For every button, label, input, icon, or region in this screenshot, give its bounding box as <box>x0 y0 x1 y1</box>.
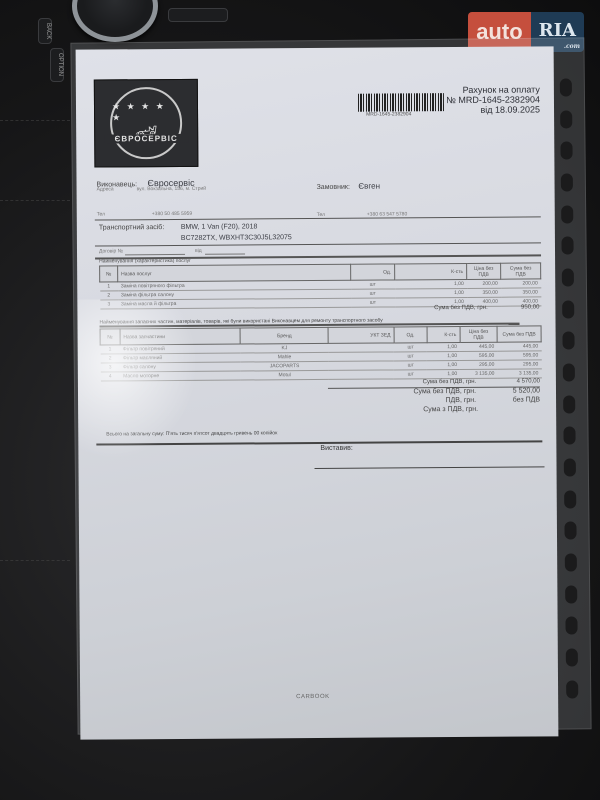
part-unit: шт <box>394 370 427 379</box>
address-label: Адреса <box>97 186 114 192</box>
col-code: УКТ ЗЕД <box>328 327 394 343</box>
part-unit: шт <box>394 361 427 370</box>
col-qty: К-сть <box>427 327 460 343</box>
service-sum: 350,00 <box>501 288 541 297</box>
part-name: Масло моторне <box>120 371 241 381</box>
back-button: BACK <box>38 18 52 44</box>
part-sum: 595,00 <box>497 351 541 360</box>
part-qty: 1,00 <box>427 343 460 352</box>
service-price: 350,00 <box>467 288 501 297</box>
services-total-label: Сума без ПДВ, грн. <box>434 305 488 311</box>
part-sum: 3 135,00 <box>497 369 541 378</box>
invoice-header: Рахунок на оплату № MRD-1645-2382904 від… <box>446 84 540 115</box>
col-brand: Бренд <box>240 327 328 344</box>
part-price: 3 135,00 <box>460 369 497 378</box>
col-part-name: Назва запчастини <box>120 328 241 345</box>
parts-total-value: 4 570,00 <box>478 378 540 384</box>
col-sum: Сума без ПДВ <box>501 263 541 279</box>
part-n: 4 <box>100 372 120 381</box>
services-section-title: Найменування (характеристика) послуг <box>99 258 191 265</box>
part-qty: 1,00 <box>427 352 460 361</box>
customer-name: Євген <box>358 182 380 191</box>
part-code <box>328 361 394 370</box>
part-n: 3 <box>100 363 120 372</box>
logo-name: ЄВРОСЕРВІС <box>104 134 188 144</box>
part-n: 1 <box>100 345 120 354</box>
customer-label: Замовник: <box>317 184 350 191</box>
service-n: 3 <box>100 300 118 309</box>
invoice-number: № MRD-1645-2382904 <box>446 94 540 105</box>
part-qty: 1,00 <box>427 370 460 379</box>
services-table: № Назва послуг Од. К-сть Ціна без ПДВ Су… <box>99 262 541 309</box>
invoice-totals: Сума без ПДВ, грн. 4 570,00 Сума без ПДВ… <box>328 378 540 415</box>
part-code <box>328 370 394 379</box>
service-name: Заміна масла й фільтра <box>118 298 351 309</box>
issued-by-label: Виставив: <box>320 445 352 452</box>
vat-value: без ПДВ <box>478 396 540 403</box>
service-unit: шт <box>351 289 395 298</box>
barcode-number: MRD-1645-2382904 <box>366 111 411 117</box>
part-brand: Motul <box>241 370 329 380</box>
part-price: 295,00 <box>460 360 497 369</box>
footer-print: CARBOOK <box>296 694 330 700</box>
service-qty: 1,00 <box>395 279 467 289</box>
parts-table: № Назва запчастини Бренд УКТ ЗЕД Од. К-с… <box>100 325 542 381</box>
service-unit: шт <box>351 280 395 289</box>
company-logo: ★ ★ ★ ★ ★ 🏎 ЄВРОСЕРВІС <box>94 79 199 168</box>
col-n: № <box>100 266 118 282</box>
col-service-name: Назва послуг <box>118 264 351 282</box>
vehicle-model: BMW, 1 Van (F20), 2018 <box>181 223 258 231</box>
part-code <box>328 343 394 352</box>
part-code <box>328 352 394 361</box>
punch-holes <box>560 78 580 698</box>
part-sum: 295,00 <box>497 360 541 369</box>
services-total: Сума без ПДВ, грн. 950,00 <box>377 304 539 314</box>
barcode <box>358 93 444 112</box>
services-total-value: 950,00 <box>489 304 539 310</box>
service-sum: 200,00 <box>501 279 541 288</box>
service-qty: 1,00 <box>395 288 467 298</box>
invoice-document: ★ ★ ★ ★ ★ 🏎 ЄВРОСЕРВІС MRD-1645-2382904 … <box>76 46 559 739</box>
parts-total-label: Сума без ПДВ, грн. <box>423 379 477 385</box>
part-n: 2 <box>100 354 120 363</box>
part-price: 595,00 <box>460 351 497 360</box>
contractor-phone: +380 50 485 5959 <box>152 211 193 217</box>
stars-icon: ★ ★ ★ ★ ★ <box>112 101 180 123</box>
part-sum: 445,00 <box>497 342 541 351</box>
part-unit: шт <box>394 352 427 361</box>
invoice-date: від 18.09.2025 <box>446 104 540 115</box>
col-unit: Од. <box>351 264 395 280</box>
col-qty: К-сть <box>395 263 467 280</box>
service-n: 1 <box>100 282 118 291</box>
phone-label: Тел <box>97 211 105 217</box>
customer: Замовник: Євген <box>316 176 380 194</box>
col-n: № <box>100 329 120 345</box>
vehicle-plate-vin: BC7282TX, WBXHT3C30J5L32075 <box>181 234 292 242</box>
part-qty: 1,00 <box>427 361 460 370</box>
invoice-title: Рахунок на оплату <box>446 84 540 95</box>
vehicle-label: Транспортний засіб: <box>99 224 164 231</box>
vat-label: ПДВ, грн. <box>445 397 476 404</box>
idrive-knob <box>72 0 158 42</box>
grand-total-value: 5 520,00 <box>478 387 540 394</box>
contract-from: від <box>195 248 202 254</box>
total-in-words: Всього на загальну суму: П'ять тисяч п'я… <box>106 430 277 437</box>
total-with-vat-label: Сума з ПДВ, грн. <box>423 406 478 413</box>
address: вул. Вокзальна, 156, м. Стрий <box>137 186 207 192</box>
option-button: OPTION <box>50 48 64 82</box>
grand-total-label: Сума без ПДВ, грн. <box>413 388 476 395</box>
service-price: 200,00 <box>467 279 501 288</box>
part-unit: шт <box>394 343 427 352</box>
contract-label: Договір № <box>99 248 123 254</box>
col-price: Ціна без ПДВ <box>460 326 497 342</box>
console-button <box>168 8 228 22</box>
signature-line <box>315 466 545 469</box>
col-price: Ціна без ПДВ <box>467 263 501 279</box>
col-sum: Сума без ПДВ <box>497 326 541 342</box>
part-price: 445,00 <box>460 342 497 351</box>
col-unit: Од. <box>394 327 427 343</box>
service-n: 2 <box>100 291 118 300</box>
